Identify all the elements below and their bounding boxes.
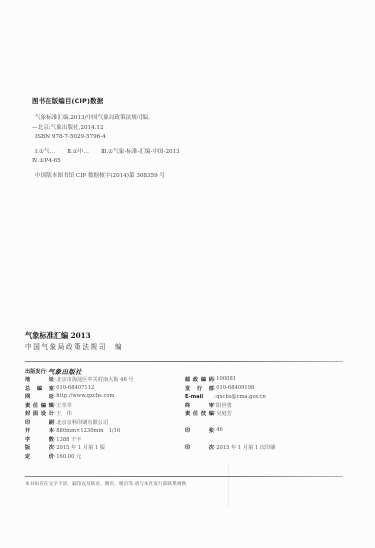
sheets-label: 印 张 [185, 427, 214, 434]
cip-classification-cont: Ⅳ.①P4-65 [32, 157, 332, 167]
cip-class-1: Ⅰ.①气… [35, 149, 55, 155]
cip-heading: 图书在版编目(CIP)数据 [32, 96, 332, 105]
detail-row: 地 址:北京市海淀区中关村南大街 46 号 邮政编码:100081 [25, 376, 343, 385]
cover-design-label: 封面设计 [25, 410, 54, 417]
cip-class-3: Ⅲ.①气象-标准-汇编-中国-2013 [101, 149, 180, 155]
cip-record-number: 中国版本图书馆 CIP 数据核字(2014)第 308359 号 [32, 172, 332, 182]
format-label: 开 本 [25, 427, 54, 434]
detail-row: 总 编 室:010-68407112 发 行 部:010-68409198 [25, 384, 343, 393]
divider-top [25, 361, 343, 362]
postcode-value: 100081 [216, 376, 236, 383]
faint-watermark [228, 462, 253, 508]
printer-value: 北京京科印刷有限公司 [56, 419, 108, 426]
detail-row: 封面设计:王 伟 责任技编:吴庭芳 [25, 410, 343, 419]
defect-notice: 本书如存在文字不清、漏印以及缺页、倒页、脱页等,请与本社发行部联系调换 [25, 481, 186, 487]
cip-classification: Ⅰ.①气…Ⅱ.①中…Ⅲ.①气象-标准-汇编-中国-2013 [32, 148, 332, 158]
price-label: 定 价 [25, 453, 54, 460]
address-label: 地 址 [25, 376, 54, 383]
detail-row: 字 数:1388 千字 [25, 435, 343, 444]
detail-row: 版 次:2015 年 1 月第 1 版 印 次:2015 年 1 月第 1 次印… [25, 444, 343, 453]
distribution-label: 发 行 部 [185, 385, 214, 392]
word-count-label: 字 数 [25, 436, 54, 443]
editor-value: 王萃萃 [56, 402, 72, 409]
cover-design-value: 王 伟 [56, 410, 72, 417]
book-author: 中国气象局政策法规司 [25, 343, 107, 351]
divider-bottom [25, 476, 343, 477]
publication-details: 出版发行:气象出版社 地 址:北京市海淀区中关村南大街 46 号 邮政编码:10… [25, 367, 343, 461]
publisher-logo-name: 气象出版社 [48, 367, 82, 376]
edition-label: 版 次 [25, 444, 54, 451]
email-label: E-mail [185, 394, 214, 400]
address-value: 北京市海淀区中关村南大街 46 号 [56, 376, 133, 383]
detail-row: 责任编辑:王萃萃 终 审:阳世勇 [25, 401, 343, 410]
detail-row: 印 刷:北京京科印刷有限公司 [25, 418, 343, 427]
website-value: http://www.qxcbs.com [56, 393, 114, 400]
publisher-label: 出版发行 [25, 368, 46, 375]
cip-entry-line-2: —北京:气象出版社,2014.12 [32, 124, 332, 134]
printing-value: 2015 年 1 月第 1 次印刷 [216, 444, 275, 451]
book-title: 气象标准汇编 2013 [25, 330, 343, 341]
cip-isbn: ISBN 978-7-5029-5796-4 [32, 133, 332, 143]
distribution-value: 010-68409198 [216, 385, 254, 392]
format-value: 880mm×1230mm 1/16 [56, 427, 120, 434]
technical-editor-value: 吴庭芳 [216, 410, 232, 417]
copyright-page: 图书在版编目(CIP)数据 气象标准汇编.2013/中国气象局政策法规司编. —… [0, 0, 375, 548]
printer-label: 印 刷 [25, 419, 54, 426]
technical-editor-label: 责任技编 [185, 410, 214, 417]
cip-entry-line-1: 气象标准汇编.2013/中国气象局政策法规司编. [32, 114, 332, 124]
detail-row: 开 本:880mm×1230mm 1/16 印 张:46 [25, 427, 343, 436]
book-info: 气象标准汇编 2013 中国气象局政策法规司编 [25, 330, 343, 353]
edition-value: 2015 年 1 月第 1 版 [56, 444, 105, 451]
price-value: 160.00 元 [56, 453, 81, 460]
final-review-value: 阳世勇 [216, 402, 232, 409]
word-count-value: 1388 千字 [56, 436, 81, 443]
email-value: qxcbs@cma.gov.cn [216, 394, 266, 400]
publisher-row: 出版发行:气象出版社 [25, 367, 343, 376]
detail-row: 网 址:http://www.qxcbs.com E-mail:qxcbs@cm… [25, 393, 343, 402]
book-author-role: 编 [115, 343, 123, 351]
book-author-line: 中国气象局政策法规司编 [25, 341, 343, 353]
editor-label: 责任编辑 [25, 402, 54, 409]
editorial-office-label: 总 编 室 [25, 385, 54, 392]
postcode-label: 邮政编码 [185, 376, 214, 383]
final-review-label: 终 审 [185, 402, 214, 409]
editorial-office-value: 010-68407112 [56, 385, 94, 392]
cip-class-2: Ⅱ.①中… [67, 149, 89, 155]
website-label: 网 址 [25, 393, 54, 400]
sheets-value: 46 [216, 427, 223, 434]
detail-row: 定 价:160.00 元 [25, 452, 343, 461]
cip-data-block: 图书在版编目(CIP)数据 气象标准汇编.2013/中国气象局政策法规司编. —… [32, 96, 332, 182]
printing-label: 印 次 [185, 444, 214, 451]
